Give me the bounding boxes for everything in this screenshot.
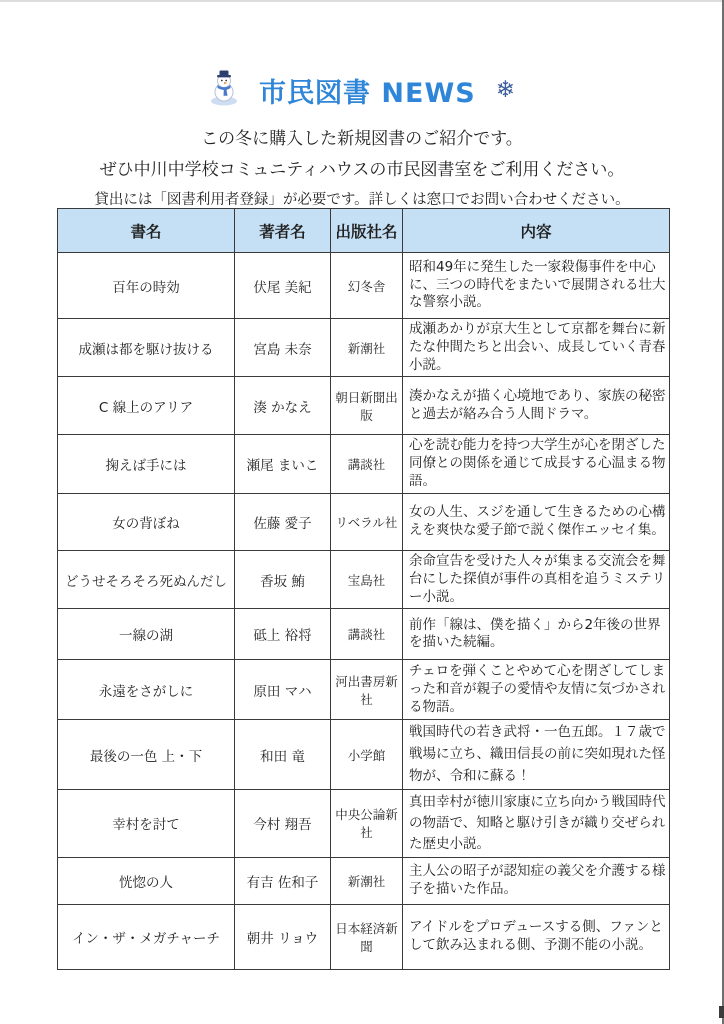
book-publisher: 朝日新聞出版 [331,377,403,435]
book-title: 永遠をさがしに [58,660,235,720]
column-header-book-title: 書名 [58,209,235,253]
table-row: 最後の一色 上・下 和田 竜 小学館 戦国時代の若き武将・一色五郎。１７歳で戦場… [58,720,670,790]
intro-line-3: 貸出には「図書利用者登録」が必要です。詳しくは窓口でお問い合わせください。 [0,188,724,209]
book-author: 砥上 裕将 [235,609,331,660]
book-publisher: 講談社 [331,435,403,493]
book-title: 最後の一色 上・下 [58,720,235,790]
book-title: C 線上のアリア [58,377,235,435]
book-author: 瀬尾 まいこ [235,435,331,493]
intro-line-2: ぜひ中川中学校コミュニティハウスの市民図書室をご利用ください。 [0,155,724,180]
scan-edge-top [0,0,724,2]
book-author: 有吉 佐和子 [235,857,331,904]
book-author: 伏尾 美紀 [235,253,331,319]
book-publisher: 宝島社 [331,550,403,608]
book-publisher: 講談社 [331,609,403,660]
table-row: 成瀬は都を駆け抜ける 宮島 未奈 新潮社 成瀬あかりが京大生として京都を舞台に新… [58,319,670,377]
book-title: 恍惚の人 [58,857,235,904]
table-row: 女の背ぼね 佐藤 愛子 リベラル社 女の人生、スジを通して生きるための心構えを爽… [58,493,670,550]
book-publisher: 幻冬舎 [331,253,403,319]
table-row: どうせそろそろ死ぬんだし 香坂 鮪 宝島社 余命宣告を受けた人々が集まる交流会を… [58,550,670,608]
book-description: 心を読む能力を持つ大学生が心を閉ざした同僚との関係を通じて成長する心温まる物語。 [403,435,670,493]
books-table-body: 百年の時効 伏尾 美紀 幻冬舎 昭和49年に発生した一家殺傷事件を中心に、三つの… [58,253,670,970]
book-title: どうせそろそろ死ぬんだし [58,550,235,608]
book-publisher: 新潮社 [331,319,403,377]
book-author: 湊 かなえ [235,377,331,435]
book-author: 宮島 未奈 [235,319,331,377]
book-publisher: 日本経済新聞 [331,904,403,969]
table-row: 一線の湖 砥上 裕将 講談社 前作「線は、僕を描く」から2年後の世界を描いた続編… [58,609,670,660]
column-header-author: 著者名 [235,209,331,253]
book-publisher: 河出書房新社 [331,660,403,720]
intro-line-1: この冬に購入した新規図書のご紹介です。 [0,124,724,149]
table-row: 掬えば手には 瀬尾 まいこ 講談社 心を読む能力を持つ大学生が心を閉ざした同僚と… [58,435,670,493]
newsletter-header: 市民図書 NEWS ❄ この冬に購入した新規図書のご紹介です。 ぜひ中川中学校コ… [0,70,724,209]
book-title: イン・ザ・メガチャーチ [58,904,235,969]
page-title: 市民図書 NEWS [259,71,476,110]
book-author: 朝井 リョウ [235,904,331,969]
book-author: 原田 マハ [235,660,331,720]
book-description: 湊かなえが描く心境地であり、家族の秘密と過去が絡み合う人間ドラマ。 [403,377,670,435]
book-publisher: 小学館 [331,720,403,790]
book-author: 和田 竜 [235,720,331,790]
book-description: 真田幸村が徳川家康に立ち向かう戦国時代の物語で、知略と駆け引きが織り交ぜられた歴… [403,790,670,858]
book-publisher: 新潮社 [331,857,403,904]
book-author: 香坂 鮪 [235,550,331,608]
book-description: 前作「線は、僕を描く」から2年後の世界を描いた続編。 [403,609,670,660]
book-description: 戦国時代の若き武将・一色五郎。１７歳で戦場に立ち、織田信長の前に突如現れた怪物が… [403,720,670,790]
table-header-row: 書名 著者名 出版社名 内容 [58,209,670,253]
column-header-description: 内容 [403,209,670,253]
book-title: 幸村を討て [58,790,235,858]
book-description: チェロを弾くことやめて心を閉ざしてしまった和音が親子の愛情や友情に気づかされる物… [403,660,670,720]
book-description: 余命宣告を受けた人々が集まる交流会を舞台にした探偵が事件の真相を追うミステリー小… [403,550,670,608]
book-publisher: リベラル社 [331,493,403,550]
snowflake-icon: ❄ [496,79,515,102]
books-table: 書名 著者名 出版社名 内容 百年の時効 伏尾 美紀 幻冬舎 昭和49年に発生し… [57,208,670,970]
book-description: 主人公の昭子が認知症の義父を介護する様子を描いた作品。 [403,857,670,904]
book-title: 女の背ぼね [58,493,235,550]
column-header-publisher: 出版社名 [331,209,403,253]
book-title: 掬えば手には [58,435,235,493]
book-description: アイドルをプロデュースする側、ファンとして飲み込まれる側、予測不能の小説。 [403,904,670,969]
book-author: 今村 翔吾 [235,790,331,858]
book-title: 一線の湖 [58,609,235,660]
scan-artifact-dot [719,1006,724,1018]
book-title: 成瀬は都を駆け抜ける [58,319,235,377]
title-row: 市民図書 NEWS ❄ [0,70,724,110]
table-row: イン・ザ・メガチャーチ 朝井 リョウ 日本経済新聞 アイドルをプロデュースする側… [58,904,670,969]
table-row: 恍惚の人 有吉 佐和子 新潮社 主人公の昭子が認知症の義父を介護する様子を描いた… [58,857,670,904]
table-row: 百年の時効 伏尾 美紀 幻冬舎 昭和49年に発生した一家殺傷事件を中心に、三つの… [58,253,670,319]
table-row: 永遠をさがしに 原田 マハ 河出書房新社 チェロを弾くことやめて心を閉ざしてしま… [58,660,670,720]
book-publisher: 中央公論新社 [331,790,403,858]
table-row: C 線上のアリア 湊 かなえ 朝日新聞出版 湊かなえが描く心境地であり、家族の秘… [58,377,670,435]
table-row: 幸村を討て 今村 翔吾 中央公論新社 真田幸村が徳川家康に立ち向かう戦国時代の物… [58,790,670,858]
book-description: 女の人生、スジを通して生きるための心構えを爽快な愛子節で説く傑作エッセイ集。 [403,493,670,550]
snowman-icon [209,70,239,110]
book-description: 成瀬あかりが京大生として京都を舞台に新たな仲間たちと出会い、成長していく青春小説… [403,319,670,377]
book-author: 佐藤 愛子 [235,493,331,550]
book-description: 昭和49年に発生した一家殺傷事件を中心に、三つの時代をまたいで展開される壮大な警… [403,253,670,319]
book-title: 百年の時効 [58,253,235,319]
